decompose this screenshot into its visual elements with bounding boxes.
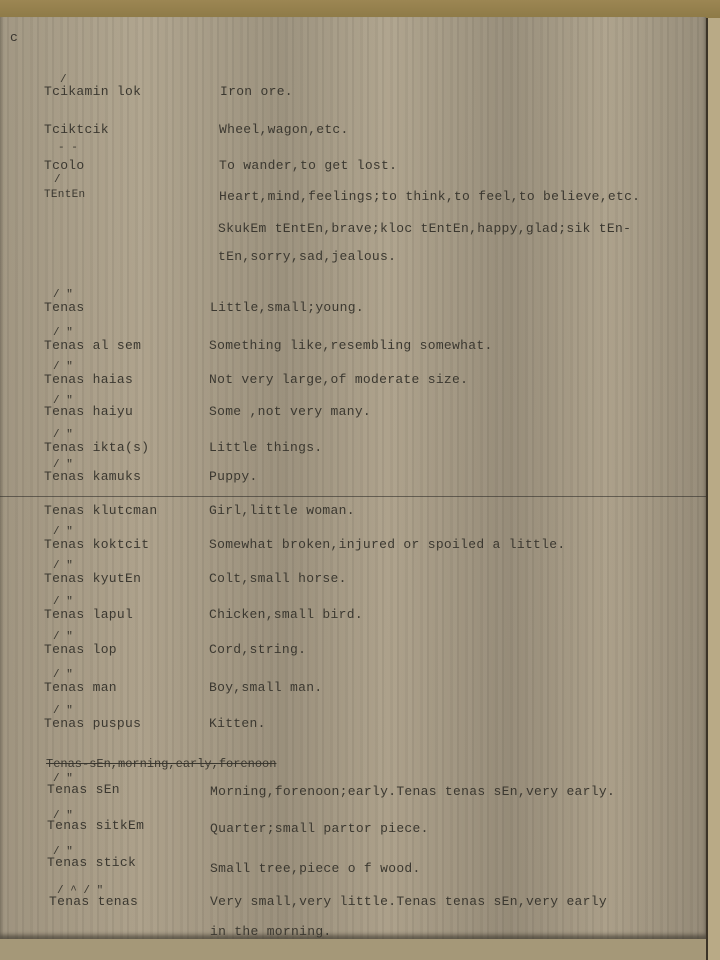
entry-definition: Boy,small man. — [209, 680, 322, 695]
entry-term: Tenas kyutEn — [44, 571, 141, 586]
accent-mark: / — [60, 74, 67, 86]
entry-term: Tenas kamuks — [44, 469, 141, 484]
entry-definition: Some ,not very many. — [209, 404, 371, 419]
page-bottom-edge — [0, 939, 706, 960]
accent-mark: / " — [53, 631, 73, 643]
section-heading-struck: Tenas-sEn,morning,early,forenoon — [46, 757, 276, 771]
background-right-edge — [706, 18, 720, 960]
entry-term: Tenas lapul — [44, 607, 133, 622]
entry-term: Tcikamin lok — [44, 84, 141, 99]
entry-definition: To wander,to get lost. — [219, 158, 397, 173]
accent-mark: / " — [53, 289, 73, 301]
entry-definition-continuation: SkukEm tEntEn,brave;kloc tEntEn,happy,gl… — [218, 221, 631, 236]
accent-mark: / — [54, 174, 61, 186]
accent-mark: / " — [53, 327, 73, 339]
corner-mark: c — [10, 30, 18, 45]
entry-term: Tciktcik — [44, 122, 109, 137]
accent-mark: / ^ / " — [57, 885, 103, 897]
entry-definition-continuation: in the morning. — [210, 924, 332, 939]
accent-mark: / " — [53, 395, 73, 407]
fold-line — [0, 496, 706, 497]
entry-term: Tenas puspus — [44, 716, 141, 731]
entry-definition: Little things. — [209, 440, 322, 455]
entry-definition: Kitten. — [209, 716, 266, 731]
entry-definition: Somewhat broken,injured or spoiled a lit… — [209, 537, 565, 552]
entry-definition: Very small,very little.Tenas tenas sEn,v… — [210, 894, 607, 909]
entry-term: Tenas lop — [44, 642, 117, 657]
accent-mark: - - — [58, 142, 78, 154]
accent-mark: / " — [53, 459, 73, 471]
accent-mark: / " — [53, 705, 73, 717]
entry-definition: Not very large,of moderate size. — [209, 372, 468, 387]
entry-definition: Small tree,piece o f wood. — [210, 861, 421, 876]
entry-term: Tenas ikta(s) — [44, 440, 149, 455]
accent-mark: / " — [53, 773, 73, 785]
entry-definition: Something like,resembling somewhat. — [209, 338, 493, 353]
accent-mark: / " — [53, 596, 73, 608]
entry-term: Tenas al sem — [44, 338, 141, 353]
entry-definition: Girl,little woman. — [209, 503, 355, 518]
accent-mark: / " — [53, 526, 73, 538]
accent-mark: / " — [53, 429, 73, 441]
entry-term: Tenas — [44, 300, 85, 315]
entry-definition: Cord,string. — [209, 642, 306, 657]
entry-definition: Heart,mind,feelings;to think,to feel,to … — [219, 189, 640, 204]
entry-term: TEntEn — [44, 189, 85, 201]
entry-definition: Chicken,small bird. — [209, 607, 363, 622]
background-top-edge — [0, 0, 720, 18]
entry-definition: Colt,small horse. — [209, 571, 347, 586]
entry-definition: Quarter;small partor piece. — [210, 821, 429, 836]
entry-definition: Puppy. — [209, 469, 258, 484]
accent-mark: / " — [53, 669, 73, 681]
entry-definition-continuation: tEn,sorry,sad,jealous. — [218, 249, 396, 264]
entry-definition: Morning,forenoon;early.Tenas tenas sEn,v… — [210, 784, 615, 799]
entry-definition: Iron ore. — [220, 84, 293, 99]
entry-definition: Wheel,wagon,etc. — [219, 122, 349, 137]
entry-term: Tenas man — [44, 680, 117, 695]
accent-mark: / " — [53, 560, 73, 572]
accent-mark: / " — [53, 846, 73, 858]
entry-term: Tenas koktcit — [44, 537, 149, 552]
entry-definition: Little,small;young. — [210, 300, 364, 315]
accent-mark: / " — [53, 361, 73, 373]
accent-mark: / " — [53, 810, 73, 822]
entry-term: Tcolo — [44, 158, 85, 173]
entry-term: Tenas haias — [44, 372, 133, 387]
entry-term: Tenas klutcman — [44, 503, 157, 518]
